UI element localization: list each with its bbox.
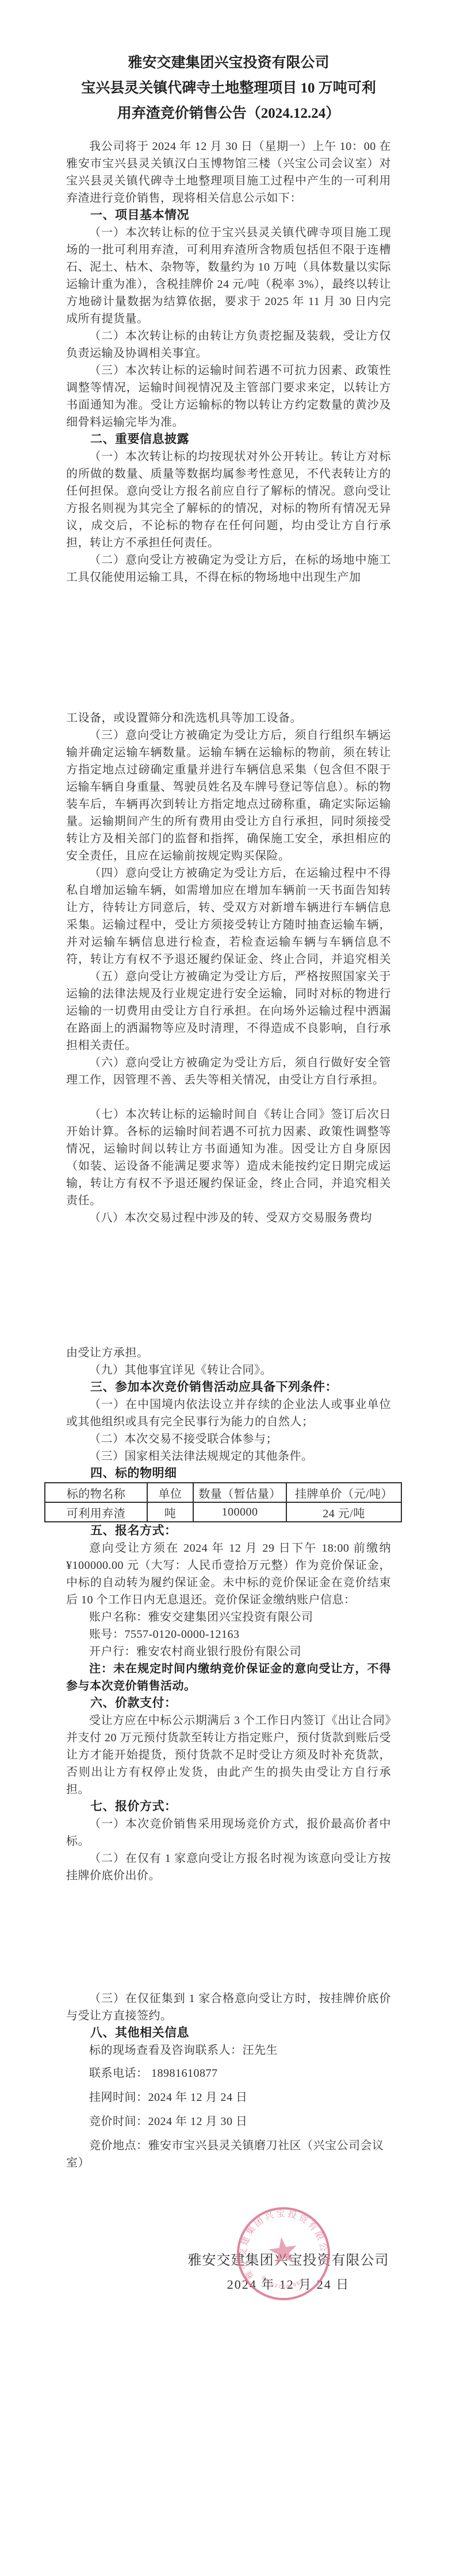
heading-section-1: 一、项目基本情况 bbox=[66, 207, 391, 224]
para-2-7: （七）本次转让标的运输时间自《转让合同》签订后次日开始计算。各标的运输时间若遇不… bbox=[66, 1106, 391, 1209]
table-header-unit: 单位 bbox=[147, 1483, 193, 1502]
lot-detail-table: 标的物名称 单位 数量（暂估量） 挂牌单价（元/吨） 可利用弃渣 吨 10000… bbox=[44, 1482, 402, 1522]
heading-section-5: 五、报名方式： bbox=[66, 1522, 391, 1540]
contact-person-line: 标的现场查看及咨询联系人：汪先生 bbox=[66, 2042, 391, 2059]
para-2-2-part1: （二）意向受让方被确定为受让方后，在标的场地中施工工具仅能使用运输工具，不得在标… bbox=[66, 552, 391, 586]
table-cell-quantity: 100000 bbox=[193, 1502, 286, 1522]
bidding-location-line: 竞价地点：雅安市宝兴县灵关镇磨刀社区（兴宝公司会议室） bbox=[66, 2137, 391, 2172]
para-2-9: （九）其他事宜详见《转让合同》。 bbox=[66, 1362, 391, 1379]
table-row: 可利用弃渣 吨 100000 24 元/吨 bbox=[45, 1502, 401, 1522]
para-2-8-part2: 由受让方承担。 bbox=[66, 1344, 391, 1362]
para-2-6: （六）意向受让方被确定为受让方后，须自行做好安全管理工作，因管理不善、丢失等相关… bbox=[66, 1054, 391, 1106]
table-header-quantity: 数量（暂估量） bbox=[193, 1483, 286, 1502]
table-cell-price: 24 元/吨 bbox=[286, 1502, 401, 1522]
table-cell-lot-name: 可利用弃渣 bbox=[45, 1502, 147, 1522]
document-page: 雅安交建集团兴宝投资有限公司 宝兴县灵关镇代碑寺土地整理项目 10 万吨可利 用… bbox=[0, 0, 456, 2576]
title-line-1: 雅安交建集团兴宝投资有限公司 bbox=[66, 51, 391, 76]
page-break-gap-2 bbox=[66, 1227, 391, 1344]
signature-date: 2024 年 12 月 24 日 bbox=[126, 2276, 451, 2293]
bidding-date-line: 竞价时间：2024 年 12 月 30 日 bbox=[66, 2113, 391, 2130]
table-cell-unit: 吨 bbox=[147, 1502, 193, 1522]
bank-name-line: 开户行：雅安农村商业银行股份有限公司 bbox=[66, 1643, 391, 1660]
signature-company: 雅安交建集团兴宝投资有限公司 bbox=[126, 2252, 451, 2269]
para-2-4: （四）意向受让方被确定为受让方后，在运输过程中不得私自增加运输车辆，如需增加应在… bbox=[66, 865, 391, 968]
para-5-1: 意向受让方须在 2024 年 12 月 29 日下午 18:00 前缴纳¥100… bbox=[66, 1540, 391, 1609]
para-3-3: （三）国家相关法律法规规定的其他条件。 bbox=[66, 1448, 391, 1465]
account-name-line: 账户名称：雅安交建集团兴宝投资有限公司 bbox=[66, 1609, 391, 1626]
account-number-line: 账号：7557-0120-0000-12163 bbox=[66, 1626, 391, 1643]
para-2-2-part2: 工设备，或设置筛分和洗选机具等加工设备。 bbox=[66, 709, 391, 727]
para-1-1: （一）本次转让标的位于宝兴县灵关镇代碑寺项目施工现场的一批可利用弃渣，可利用弃渣… bbox=[66, 224, 391, 327]
heading-section-7: 七、报价方式： bbox=[66, 1798, 391, 1815]
para-2-8-part1: （八）本次交易过程中涉及的转、受双方交易服务费均 bbox=[66, 1209, 391, 1227]
table-header-row: 标的物名称 单位 数量（暂估量） 挂牌单价（元/吨） bbox=[45, 1483, 401, 1502]
para-2-1: （一）本次转让标的均按现状对外公开转让。转让方对标的所做的数量、质量等数据均属参… bbox=[66, 448, 391, 552]
document-title: 雅安交建集团兴宝投资有限公司 宝兴县灵关镇代碑寺土地整理项目 10 万吨可利 用… bbox=[66, 51, 391, 126]
table-header-lot-name: 标的物名称 bbox=[45, 1483, 147, 1502]
para-3-2: （二）本次交易不接受联合体参与； bbox=[66, 1430, 391, 1448]
title-line-2: 宝兴县灵关镇代碑寺土地整理项目 10 万吨可利 bbox=[66, 76, 391, 101]
heading-section-4: 四、标的物明细 bbox=[66, 1465, 391, 1482]
title-line-3: 用弃渣竞价销售公告（2024.12.24） bbox=[66, 101, 391, 126]
para-7-3: （三）在仅征集到 1 家合格意向受让方时，按挂牌价底价与受让方直接签约。 bbox=[66, 1990, 391, 2024]
para-6-1: 受让方应在中标公示期满后 3 个工作日内签订《出让合同》并支付 20 万元预付货… bbox=[66, 1712, 391, 1798]
page-break-gap-1 bbox=[66, 586, 391, 709]
para-2-3: （三）意向受让方被确定为受让方后，须自行组织车辆运输并确定运输车辆数量。运输车辆… bbox=[66, 727, 391, 865]
para-1-3: （三）本次转让标的运输时间若遇不可抗力因素、政策性调整等情况，运输时间视情况及主… bbox=[66, 362, 391, 431]
listing-date-line: 挂网时间：2024 年 12 月 24 日 bbox=[66, 2089, 391, 2106]
heading-section-6: 六、价款支付： bbox=[66, 1695, 391, 1712]
para-3-1: （一）在中国境内依法设立并存续的企业法人或事业单位或其他组织或具有完全民事行为能… bbox=[66, 1396, 391, 1430]
heading-section-2: 二、重要信息披露 bbox=[66, 431, 391, 448]
note-paragraph: 注：未在规定时间内缴纳竞价保证金的意向受让方，不得参与本次竞价销售活动。 bbox=[66, 1660, 391, 1695]
para-intro: 我公司将于 2024 年 12 月 30 日（星期一）上午 10：00 在雅安市… bbox=[66, 138, 391, 207]
para-2-5: （五）意向受让方被确定为受让方后，严格按照国家关于运输的法律法规及行业规定进行安… bbox=[66, 968, 391, 1054]
para-7-1: （一）本次竞价销售采用现场竞价方式，报价最高价者中标。 bbox=[66, 1815, 391, 1850]
heading-section-3: 三、参加本次竞价销售活动应具备下列条件： bbox=[66, 1379, 391, 1396]
table-header-price: 挂牌单价（元/吨） bbox=[286, 1483, 401, 1502]
contact-phone-line: 联系电话： 18981610877 bbox=[66, 2065, 391, 2082]
heading-section-8: 八、其他相关信息 bbox=[66, 2024, 391, 2042]
signature-block: 雅安交建集团兴宝投资有限公司 2024 年 12 月 24 日 bbox=[126, 2252, 451, 2293]
para-7-2: （二）在仅有 1 家意向受让方报名时视为该意向受让方按挂牌价底价出价。 bbox=[66, 1850, 391, 1884]
page-break-gap-3 bbox=[66, 1884, 391, 1990]
para-1-2: （二）本次转让标的由转让方负责挖掘及装载，受让方仅负责运输及协调相关事宜。 bbox=[66, 327, 391, 362]
